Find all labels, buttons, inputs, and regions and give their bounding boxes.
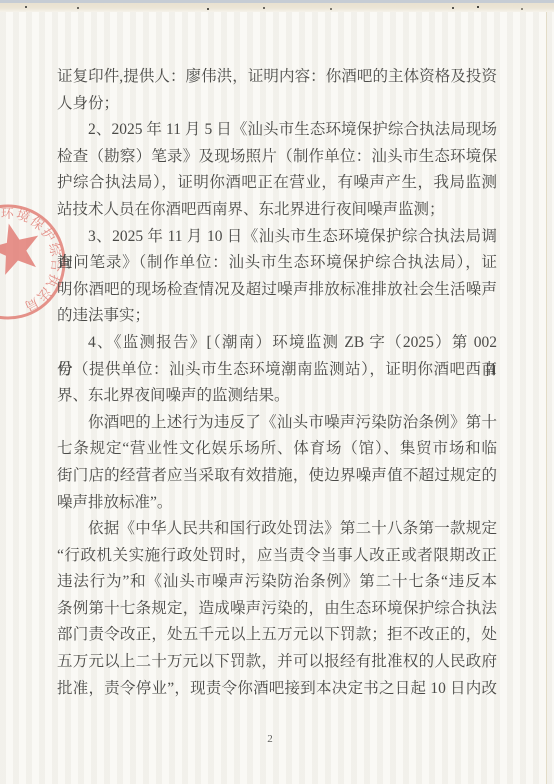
text-line: 五万元以上二十万元以下罚款，并可以报经有批准权的人民政府 xyxy=(57,649,497,676)
text-line: 2、2025 年 11 月 5 日《汕头市生态环境保护综合执法局现场 xyxy=(57,117,497,144)
seal-star-icon xyxy=(0,217,45,277)
text-line: 检查（勘察）笔录》及现场照片（制作单位：汕头市生态环境保 xyxy=(57,144,497,171)
text-line: 噪声排放标准”。 xyxy=(57,490,497,517)
text-line: 的违法事实； xyxy=(57,303,497,330)
scan-noise-specks xyxy=(25,6,27,8)
text-line: 护综合执法局），证明你酒吧正在营业，有噪声产生，我局监测 xyxy=(57,170,497,197)
text-line: 证复印件,提供人：廖伟洪，证明内容：你酒吧的主体资格及投资 xyxy=(57,64,497,91)
text-line: 批准，责令停业”，现责令你酒吧接到本决定书之日起 10 日内改 xyxy=(57,676,497,703)
text-line: 条例第十七条规定，造成噪声污染的，由生态环境保护综合执法 xyxy=(57,596,497,623)
text-line: 份（提供单位：汕头市生态环境潮南监测站），证明你酒吧西南 xyxy=(57,357,497,384)
text-line: 3、2025 年 11 月 10 日《汕头市生态环境保护综合执法局调查 xyxy=(57,224,497,251)
text-line: 违法行为”和《汕头市噪声污染防治条例》第二十七条“违反本 xyxy=(57,569,497,596)
page-number: 2 xyxy=(0,733,540,745)
text-line: “行政机关实施行政处罚时，应当责令当事人改正或者限期改正 xyxy=(57,543,497,570)
text-line: 明你酒吧的现场检查情况及超过噪声排放标准排放社会生活噪声 xyxy=(57,277,497,304)
text-line: 你酒吧的上述行为违反了《汕头市噪声污染防治条例》第十 xyxy=(57,410,497,437)
scan-binding-strip xyxy=(0,3,554,12)
text-line: 4、《监测报告》[（潮南）环境监测 ZB 字（2025）第 002 号]1 xyxy=(57,330,497,357)
text-line: 站技术人员在你酒吧西南界、东北界进行夜间噪声监测； xyxy=(57,197,497,224)
text-line: 人身份； xyxy=(57,91,497,118)
text-line: 询问笔录》（制作单位：汕头市生态环境保护综合执法局），证 xyxy=(57,250,497,277)
text-line: 街门店的经营者应当采取有效措施，使边界噪声值不超过规定的 xyxy=(57,463,497,490)
text-line: 界、东北界夜间噪声的监测结果。 xyxy=(57,383,497,410)
text-line: 七条规定“营业性文化娱乐场所、体育场（馆）、集贸市场和临 xyxy=(57,436,497,463)
scanned-document-page: 汕头市生态环境保护综合执法局 证复印件,提供人：廖伟洪，证明内容：你酒吧的主体资… xyxy=(0,0,554,784)
text-line: 部门责令改正，处五千元以上五万元以下罚款；拒不改正的，处 xyxy=(57,622,497,649)
text-line: 依据《中华人民共和国行政处罚法》第二十八条第一款规定 xyxy=(57,516,497,543)
paper-edge-line xyxy=(546,12,547,784)
document-body: 证复印件,提供人：廖伟洪，证明内容：你酒吧的主体资格及投资 人身份； 2、202… xyxy=(57,64,497,702)
